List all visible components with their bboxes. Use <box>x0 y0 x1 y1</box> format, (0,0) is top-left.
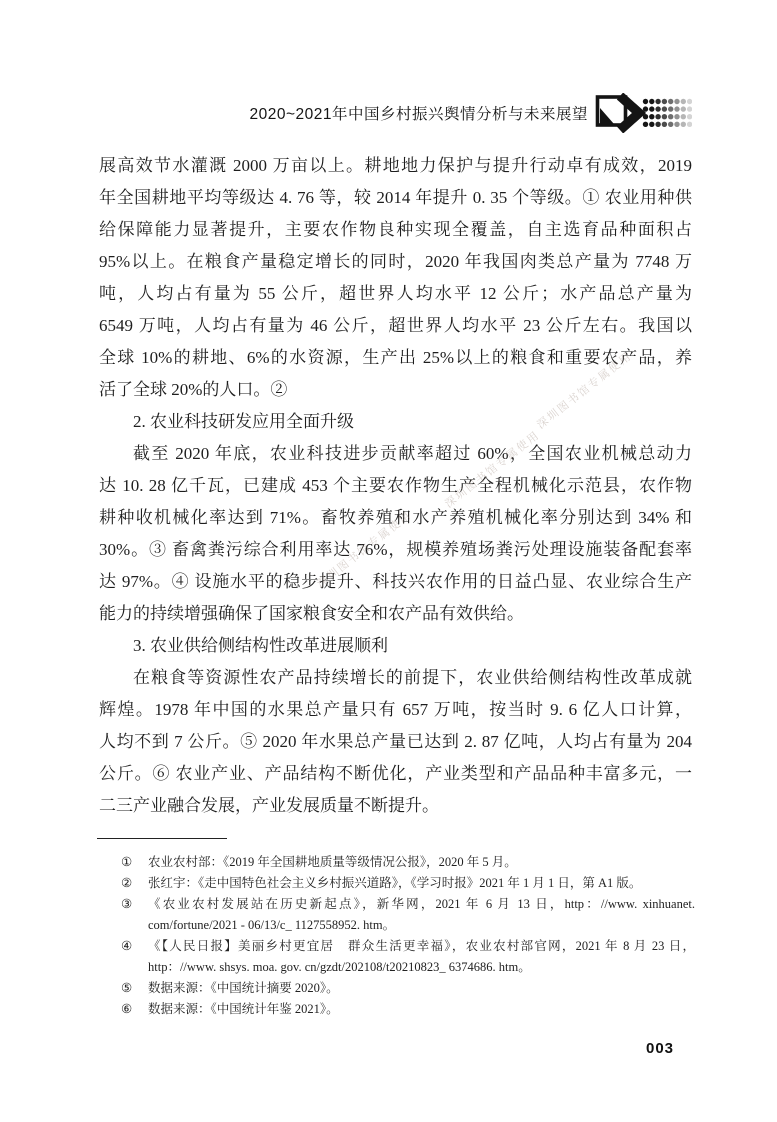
document-page: 2020~2021年中国乡村振兴舆情分析与未来展望 展高效节水灌溉 2000 万… <box>0 0 777 1122</box>
body-line: 耕种收机械化率达到 71%。畜牧养殖和水产养殖机械化率分别达到 34% 和 <box>99 502 692 534</box>
footnote-marker: ② <box>121 873 139 894</box>
footnote-text: 数据来源：《中国统计摘要 2020》。 <box>148 978 695 999</box>
footnote-item: ④ 《【人民日报】美丽乡村更宜居 群众生活更幸福》，农业农村部官网，2021 年… <box>121 936 695 978</box>
footnote-marker: ③ <box>121 894 139 915</box>
body-line: 能力的持续增强确保了国家粮食安全和农产品有效供给。 <box>99 598 692 630</box>
footnote-text: 《农业农村发展站在历史新起点》，新华网，2021 年 6 月 13 日，http… <box>148 894 695 936</box>
body-line: 达 97%。④ 设施水平的稳步提升、科技兴农作用的日益凸显、农业综合生产 <box>99 566 692 598</box>
footnote-marker: ① <box>121 852 139 873</box>
footnote-item: ② 张红宇：《走中国特色社会主义乡村振兴道路》，《学习时报》2021 年 1 月… <box>121 873 695 894</box>
body-line: 在粮食等资源性农产品持续增长的前提下，农业供给侧结构性改革成就 <box>99 662 692 694</box>
footnote-item: ① 农业农村部：《2019 年全国耕地质量等级情况公报》，2020 年 5 月。 <box>121 852 695 873</box>
section-heading: 2. 农业科技研发应用全面升级 <box>99 406 692 438</box>
body-line: 达 10. 28 亿千瓦，已建成 453 个主要农作物生产全程机械化示范县，农作… <box>99 470 692 502</box>
publisher-logo-icon <box>595 93 692 133</box>
page-header: 2020~2021年中国乡村振兴舆情分析与未来展望 <box>249 93 692 133</box>
body-line: 吨，人均占有量为 55 公斤，超世界人均水平 12 公斤；水产品总产量为 <box>99 278 692 310</box>
body-line: 30%。③ 畜禽粪污综合利用率达 76%，规模养殖场粪污处理设施装备配套率 <box>99 534 692 566</box>
body-line: 截至 2020 年底，农业科技进步贡献率超过 60%，全国农业机械总动力 <box>99 438 692 470</box>
footnote-marker: ⑥ <box>121 999 139 1020</box>
footnote-item: ⑥ 数据来源：《中国统计年鉴 2021》。 <box>121 999 695 1020</box>
body-line: 6549 万吨，人均占有量为 46 公斤，超世界人均水平 23 公斤左右。我国以 <box>99 310 692 342</box>
section-heading: 3. 农业供给侧结构性改革进展顺利 <box>99 630 692 662</box>
body-line: 95%以上。在粮食产量稳定增长的同时，2020 年我国肉类总产量为 7748 万 <box>99 246 692 278</box>
footnote-separator <box>97 838 227 839</box>
body-line: 公斤。⑥ 农业产业、产品结构不断优化，产业类型和产品品种丰富多元，一 <box>99 758 692 790</box>
body-line: 给保障能力显著提升，主要农作物良种实现全覆盖，自主选育品种面积占 <box>99 214 692 246</box>
footnote-marker: ⑤ <box>121 978 139 999</box>
footnote-text: 农业农村部：《2019 年全国耕地质量等级情况公报》，2020 年 5 月。 <box>148 852 695 873</box>
body-line: 全球 10%的耕地、6%的水资源，生产出 25%以上的粮食和重要农产品，养 <box>99 342 692 374</box>
body-line: 人均不到 7 公斤。⑤ 2020 年水果总产量已达到 2. 87 亿吨，人均占有… <box>99 726 692 758</box>
footnotes: ① 农业农村部：《2019 年全国耕地质量等级情况公报》，2020 年 5 月。… <box>121 852 695 1020</box>
page-number: 003 <box>646 1040 674 1057</box>
body-line: 活了全球 20%的人口。② <box>99 374 692 406</box>
footnote-item: ③ 《农业农村发展站在历史新起点》，新华网，2021 年 6 月 13 日，ht… <box>121 894 695 936</box>
footnote-text: 数据来源：《中国统计年鉴 2021》。 <box>148 999 695 1020</box>
running-head-title: 2020~2021年中国乡村振兴舆情分析与未来展望 <box>249 102 588 124</box>
footnote-item: ⑤ 数据来源：《中国统计摘要 2020》。 <box>121 978 695 999</box>
logo-dots <box>643 99 692 127</box>
body-line: 展高效节水灌溉 2000 万亩以上。耕地地力保护与提升行动卓有成效，2019 <box>99 150 692 182</box>
footnote-text: 张红宇：《走中国特色社会主义乡村振兴道路》，《学习时报》2021 年 1 月 1… <box>148 873 695 894</box>
body-line: 辉煌。1978 年中国的水果总产量只有 657 万吨，按当时 9. 6 亿人口计… <box>99 694 692 726</box>
footnote-text: 《【人民日报】美丽乡村更宜居 群众生活更幸福》，农业农村部官网，2021 年 8… <box>148 936 695 978</box>
body-line: 年全国耕地平均等级达 4. 76 等，较 2014 年提升 0. 35 个等级。… <box>99 182 692 214</box>
body-text: 展高效节水灌溉 2000 万亩以上。耕地地力保护与提升行动卓有成效，2019 年… <box>99 150 692 822</box>
footnote-marker: ④ <box>121 936 139 957</box>
body-line: 二三产业融合发展，产业发展质量不断提升。 <box>99 790 692 822</box>
